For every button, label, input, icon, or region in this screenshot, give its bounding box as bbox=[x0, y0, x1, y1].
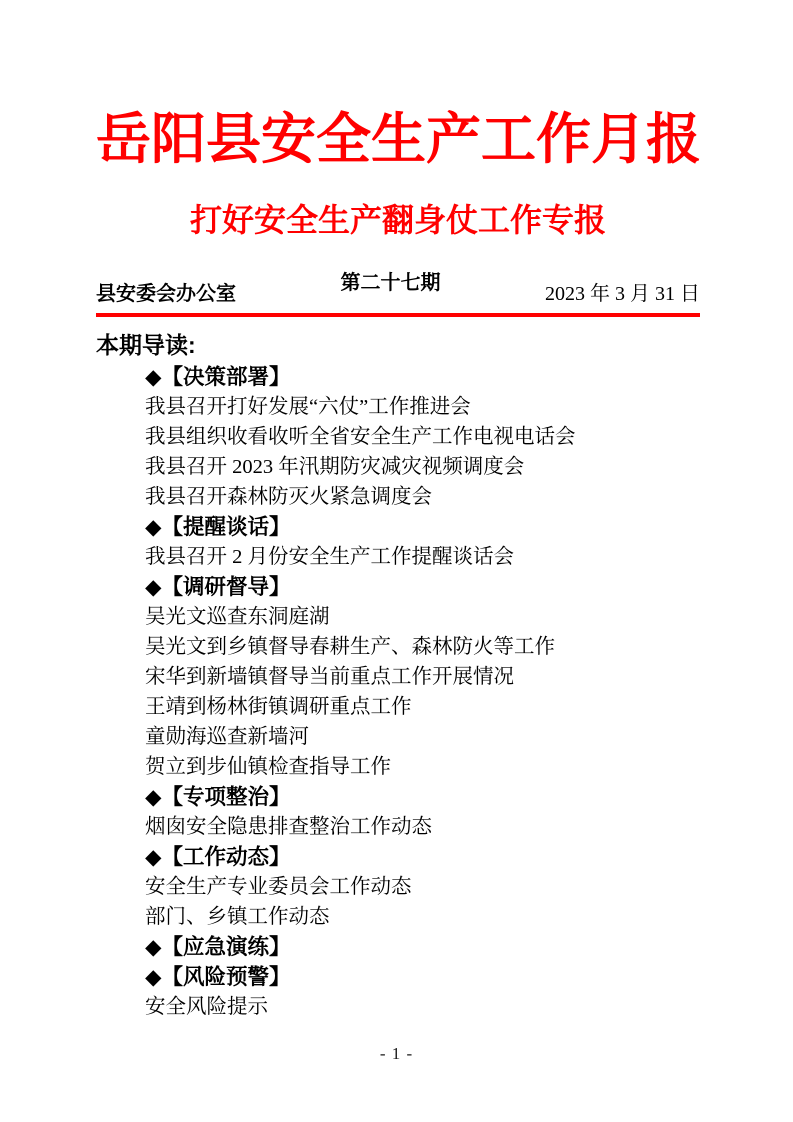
section-header: ◆【专项整治】 bbox=[145, 782, 700, 812]
digest-item: 部门、乡镇工作动态 bbox=[145, 902, 700, 932]
section-header: ◆【调研督导】 bbox=[145, 572, 700, 602]
digest-item: 吴光文到乡镇督导春耕生产、森林防火等工作 bbox=[145, 632, 700, 662]
digest-label: 本期导读: bbox=[96, 330, 700, 360]
masthead: 县安委会办公室 第二十七期 2023 年 3 月 31 日 bbox=[96, 282, 700, 306]
issue-date: 2023 年 3 月 31 日 bbox=[545, 282, 700, 306]
digest-list: ◆【决策部署】我县召开打好发展“六仗”工作推进会我县组织收看收听全省安全生产工作… bbox=[145, 362, 700, 1022]
report-subtitle: 打好安全生产翻身仗工作专报 bbox=[96, 201, 700, 239]
digest-item: 童勋海巡查新墙河 bbox=[145, 722, 700, 752]
section-header: ◆【决策部署】 bbox=[145, 362, 700, 392]
digest-item: 安全风险提示 bbox=[145, 992, 700, 1022]
digest-item: 宋华到新墙镇督导当前重点工作开展情况 bbox=[145, 662, 700, 692]
issue-number: 第二十七期 bbox=[341, 271, 441, 295]
digest-item: 吴光文巡查东洞庭湖 bbox=[145, 602, 700, 632]
section-header: ◆【工作动态】 bbox=[145, 842, 700, 872]
digest-item: 我县召开 2023 年汛期防灾减灾视频调度会 bbox=[145, 452, 700, 482]
digest-item: 王靖到杨林街镇调研重点工作 bbox=[145, 692, 700, 722]
digest-item: 贺立到步仙镇检查指导工作 bbox=[145, 752, 700, 782]
digest-item: 我县召开 2 月份安全生产工作提醒谈话会 bbox=[145, 542, 700, 572]
digest-item: 安全生产专业委员会工作动态 bbox=[145, 872, 700, 902]
report-title: 岳阳县安全生产工作月报 bbox=[96, 108, 700, 171]
red-divider-rule bbox=[96, 313, 700, 317]
document-page: 岳阳县安全生产工作月报 打好安全生产翻身仗工作专报 县安委会办公室 第二十七期 … bbox=[0, 0, 793, 1122]
section-header: ◆【提醒谈话】 bbox=[145, 512, 700, 542]
section-header: ◆【风险预警】 bbox=[145, 962, 700, 992]
digest-item: 我县召开打好发展“六仗”工作推进会 bbox=[145, 392, 700, 422]
issuing-office: 县安委会办公室 bbox=[96, 282, 236, 306]
section-header: ◆【应急演练】 bbox=[145, 932, 700, 962]
page-number: - 1 - bbox=[0, 1044, 793, 1064]
digest-item: 我县召开森林防灭火紧急调度会 bbox=[145, 482, 700, 512]
document-content: 岳阳县安全生产工作月报 打好安全生产翻身仗工作专报 县安委会办公室 第二十七期 … bbox=[96, 0, 700, 1022]
digest-item: 我县组织收看收听全省安全生产工作电视电话会 bbox=[145, 422, 700, 452]
digest-item: 烟囱安全隐患排查整治工作动态 bbox=[145, 812, 700, 842]
